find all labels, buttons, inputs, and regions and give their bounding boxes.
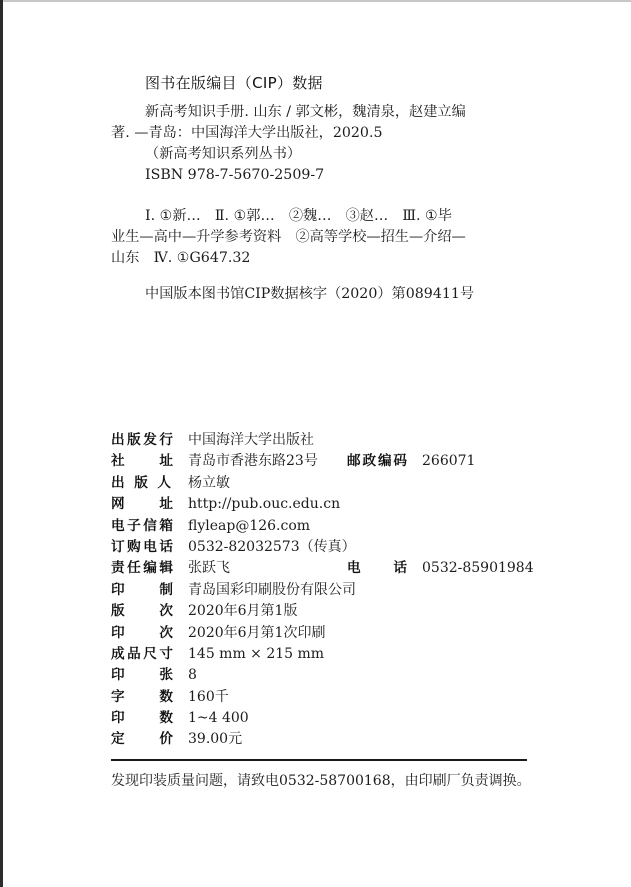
label-publisher: 出版发行 (111, 430, 173, 451)
cip-catalog-number: 中国版本图书馆CIP数据核字（2020）第089411号 (111, 284, 529, 305)
cip-series: （新高考知识系列丛书） (111, 144, 529, 165)
info-row-sheets: 印张 8 (111, 665, 531, 686)
label-char: 电 (143, 537, 157, 558)
divider-rule (111, 759, 527, 761)
label-char: 版 (134, 473, 148, 494)
label-char: 人 (157, 473, 171, 494)
quality-notice: 发现印装质量问题，请致电0532-58700168，由印刷厂负责调换。 (111, 771, 531, 791)
label-price: 定价 (111, 729, 173, 750)
label-publisher-person: 出版人 (111, 473, 171, 494)
label-char: 印 (111, 580, 125, 601)
cip-subject-line-1: Ⅰ. ①新… Ⅱ. ①郭… ②魏… ③赵… Ⅲ. ①毕 (111, 206, 529, 227)
label-char: 出 (111, 430, 125, 451)
label-char: 信 (143, 516, 157, 537)
value-price: 39.00元 (188, 729, 242, 750)
label-char: 社 (111, 451, 125, 472)
label-char: 印 (111, 623, 125, 644)
label-char: 邮 (347, 451, 361, 472)
info-row-printing: 印次 2020年6月第1次印刷 (111, 623, 531, 644)
info-row-website: 网址 http://pub.ouc.edu.cn (111, 494, 531, 515)
label-char: 成 (111, 644, 125, 665)
label-char: 政 (362, 451, 376, 472)
cip-catalog: 中国版本图书馆CIP数据核字（2020）第089411号 (111, 284, 529, 305)
cip-entry: 新高考知识手册. 山东 / 郭文彬，魏清泉，赵建立编 著. —青岛：中国海洋大学… (111, 102, 529, 186)
label-order-phone: 订购电话 (111, 537, 173, 558)
label-printer: 印制 (111, 580, 173, 601)
cip-subjects: Ⅰ. ①新… Ⅱ. ①郭… ②魏… ③赵… Ⅲ. ①毕 业生—高中—升学参考资料… (111, 206, 529, 269)
label-char: 编 (378, 451, 392, 472)
value-size: 145 mm × 215 mm (188, 644, 324, 665)
value-printing: 2020年6月第1次印刷 (188, 623, 325, 644)
label-address: 社址 (111, 451, 173, 472)
value-publisher-person: 杨立敏 (188, 473, 230, 494)
label-website: 网址 (111, 494, 173, 515)
cip-entry-line-2: 著. —青岛：中国海洋大学出版社，2020.5 (111, 123, 529, 144)
label-char: 品 (127, 644, 141, 665)
label-char: 字 (111, 687, 125, 708)
value-edition: 2020年6月第1版 (188, 601, 297, 622)
info-row-order-phone: 订购电话 0532-82032573（传真） (111, 537, 531, 558)
value-print-run: 1~4 400 (188, 708, 249, 729)
info-row-word-count: 字数 160千 (111, 687, 531, 708)
label-char: 责 (111, 558, 125, 579)
label-char: 编 (143, 558, 157, 579)
label-char: 寸 (159, 644, 173, 665)
label-size: 成品尺寸 (111, 644, 173, 665)
label-edition: 版次 (111, 601, 173, 622)
copyright-page: 图书在版编目（CIP）数据 新高考知识手册. 山东 / 郭文彬，魏清泉，赵建立编… (0, 0, 631, 887)
label-char: 子 (127, 516, 141, 537)
label-char: 码 (393, 451, 407, 472)
label-char: 数 (159, 708, 173, 729)
value-email: flyleap@126.com (188, 516, 310, 537)
info-row-printer: 印制 青岛国彩印刷股份有限公司 (111, 580, 531, 601)
cip-isbn: ISBN 978-7-5670-2509-7 (111, 165, 529, 186)
info-row-publisher-person: 出版人 杨立敏 (111, 473, 531, 494)
label-char: 尺 (143, 644, 157, 665)
label-char: 行 (159, 430, 173, 451)
label-char: 箱 (159, 516, 173, 537)
label-postcode: 邮政编码 (347, 451, 407, 472)
label-printing: 印次 (111, 623, 173, 644)
info-row-address: 社址 青岛市香港东路23号 邮政编码 266071 (111, 451, 531, 472)
label-char: 出 (111, 473, 125, 494)
value-editor: 张跃飞 (188, 558, 230, 579)
cip-subject-line-2: 业生—高中—升学参考资料 ②高等学校—招生—介绍— (111, 227, 529, 248)
label-char: 电 (111, 516, 125, 537)
publication-info-table: 出版发行 中国海洋大学出版社 社址 青岛市香港东路23号 邮政编码 266071… (111, 430, 531, 751)
cip-entry-line-1: 新高考知识手册. 山东 / 郭文彬，魏清泉，赵建立编 (111, 102, 529, 123)
label-char: 印 (111, 708, 125, 729)
info-row-edition: 版次 2020年6月第1版 (111, 601, 531, 622)
value-order-phone: 0532-82032573（传真） (188, 537, 356, 558)
label-char: 制 (159, 580, 173, 601)
label-print-run: 印数 (111, 708, 173, 729)
label-sheets: 印张 (111, 665, 173, 686)
info-row-price: 定价 39.00元 (111, 729, 531, 750)
value-editor-phone: 0532-85901984 (422, 558, 534, 579)
cip-subject-line-3: 山东 Ⅳ. ①G647.32 (111, 248, 529, 269)
label-char: 发 (143, 430, 157, 451)
label-char: 版 (127, 430, 141, 451)
label-char: 次 (159, 601, 173, 622)
cip-heading: 图书在版编目（CIP）数据 (145, 72, 323, 93)
label-char: 印 (111, 665, 125, 686)
label-char: 址 (159, 494, 173, 515)
label-char: 网 (111, 494, 125, 515)
label-email: 电子信箱 (111, 516, 173, 537)
label-char: 话 (393, 558, 407, 579)
label-char: 张 (159, 665, 173, 686)
label-char: 购 (127, 537, 141, 558)
label-editor: 责任编辑 (111, 558, 173, 579)
label-char: 价 (159, 729, 173, 750)
label-editor-phone: 电话 (347, 558, 407, 579)
info-row-editor: 责任编辑 张跃飞 电话 0532-85901984 (111, 558, 531, 579)
value-publisher: 中国海洋大学出版社 (188, 430, 314, 451)
label-word-count: 字数 (111, 687, 173, 708)
info-row-print-run: 印数 1~4 400 (111, 708, 531, 729)
value-address: 青岛市香港东路23号 (188, 451, 318, 472)
label-char: 数 (159, 687, 173, 708)
info-row-publisher: 出版发行 中国海洋大学出版社 (111, 430, 531, 451)
label-char: 址 (159, 451, 173, 472)
label-char: 任 (127, 558, 141, 579)
info-row-size: 成品尺寸 145 mm × 215 mm (111, 644, 531, 665)
value-website: http://pub.ouc.edu.cn (188, 494, 340, 515)
info-row-email: 电子信箱 flyleap@126.com (111, 516, 531, 537)
label-char: 版 (111, 601, 125, 622)
label-char: 电 (347, 558, 361, 579)
value-word-count: 160千 (188, 687, 229, 708)
value-printer: 青岛国彩印刷股份有限公司 (188, 580, 356, 601)
label-char: 话 (159, 537, 173, 558)
value-sheets: 8 (188, 665, 197, 686)
label-char: 定 (111, 729, 125, 750)
label-char: 辑 (159, 558, 173, 579)
value-postcode: 266071 (422, 451, 475, 472)
label-char: 订 (111, 537, 125, 558)
label-char: 次 (159, 623, 173, 644)
